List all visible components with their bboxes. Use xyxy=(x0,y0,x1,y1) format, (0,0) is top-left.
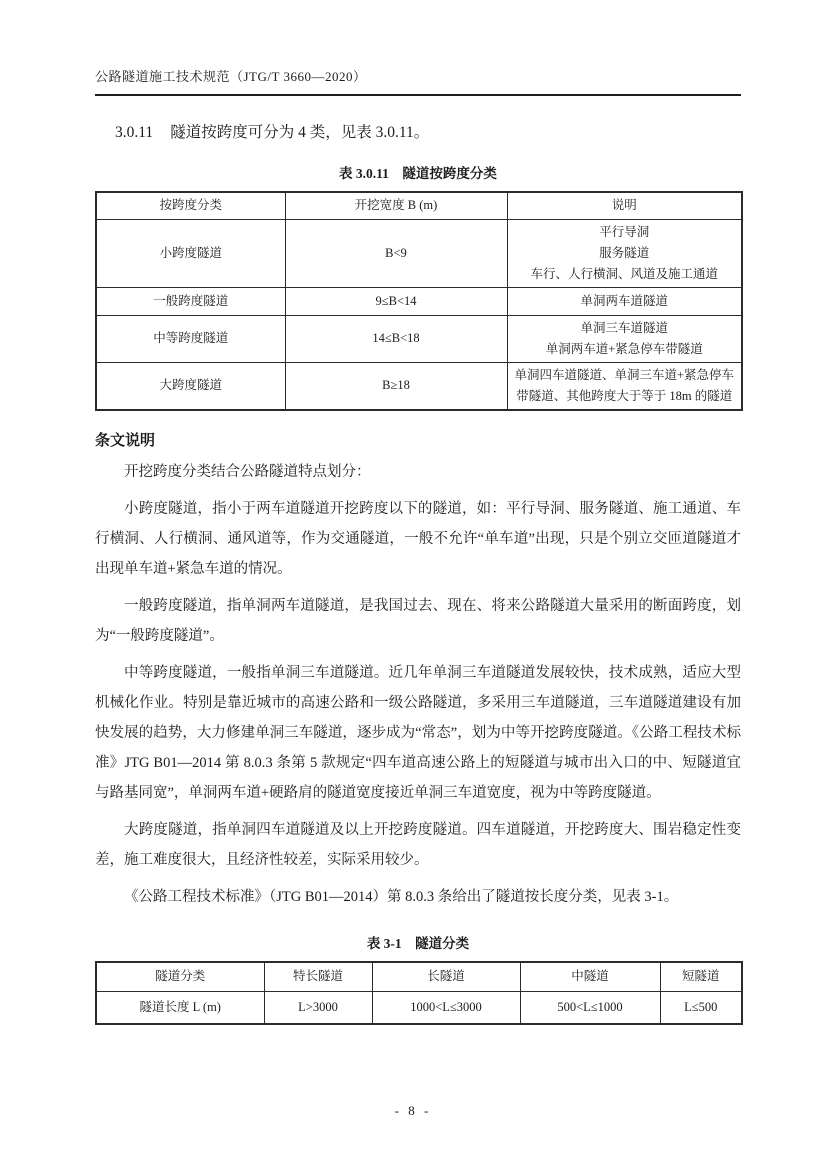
commentary-paragraph: 《公路工程技术标准》（JTG B01—2014）第 8.0.3 条给出了隧道按长… xyxy=(95,882,741,912)
cell-category: 大跨度隧道 xyxy=(96,362,285,410)
cell-length-short: L≤500 xyxy=(660,992,742,1024)
table1-title: 表 3.0.11 隧道按跨度分类 xyxy=(95,162,741,182)
cell-length-long: 1000<L≤3000 xyxy=(372,992,520,1024)
document-page: 公路隧道施工技术规范（JTG/T 3660—2020） 3.0.11隧道按跨度可… xyxy=(0,0,826,1169)
commentary-paragraph: 开挖跨度分类结合公路隧道特点划分： xyxy=(95,457,741,487)
table-row: 大跨度隧道 B≥18 单洞四车道隧道、单洞三车道+紧急停车带隧道、其他跨度大于等… xyxy=(96,362,742,410)
cell-length-medium: 500<L≤1000 xyxy=(520,992,660,1024)
note-line: 单洞三车道隧道 xyxy=(512,318,738,339)
cell-width: B<9 xyxy=(285,219,507,287)
table2-title: 表 3-1 隧道分类 xyxy=(95,932,741,952)
commentary-paragraph: 中等跨度隧道，一般指单洞三车道隧道。近几年单洞三车道隧道发展较快，技术成熟，适应… xyxy=(95,658,741,808)
commentary-paragraph: 一般跨度隧道，指单洞两车道隧道，是我国过去、现在、将来公路隧道大量采用的断面跨度… xyxy=(95,591,741,651)
cell-category: 一般跨度隧道 xyxy=(96,287,285,315)
table2-header-extralong: 特长隧道 xyxy=(264,962,372,992)
commentary-paragraph: 小跨度隧道，指小于两车道隧道开挖跨度以下的隧道，如：平行导洞、服务隧道、施工通道… xyxy=(95,494,741,584)
table1-header-category: 按跨度分类 xyxy=(96,192,285,219)
table-span-classification: 按跨度分类 开挖宽度 B (m) 说明 小跨度隧道 B<9 平行导洞 服务隧道 … xyxy=(95,191,743,411)
cell-length-label: 隧道长度 L (m) xyxy=(96,992,264,1024)
cell-width: 9≤B<14 xyxy=(285,287,507,315)
table2-header-class: 隧道分类 xyxy=(96,962,264,992)
commentary-paragraph: 大跨度隧道，指单洞四车道隧道及以上开挖跨度隧道。四车道隧道，开挖跨度大、围岩稳定… xyxy=(95,815,741,875)
cell-notes: 单洞三车道隧道 单洞两车道+紧急停车带隧道 xyxy=(507,315,742,362)
page-content: 公路隧道施工技术规范（JTG/T 3660—2020） 3.0.11隧道按跨度可… xyxy=(95,66,741,1025)
table2-header-medium: 中隧道 xyxy=(520,962,660,992)
cell-width: B≥18 xyxy=(285,362,507,410)
running-header: 公路隧道施工技术规范（JTG/T 3660—2020） xyxy=(95,66,741,96)
section-heading: 3.0.11隧道按跨度可分为 4 类，见表 3.0.11。 xyxy=(95,120,741,142)
note-line: 平行导洞 xyxy=(512,222,738,243)
cell-notes: 单洞两车道隧道 xyxy=(507,287,742,315)
note-line: 车行、人行横洞、风道及施工通道 xyxy=(512,264,738,285)
table1-header-width: 开挖宽度 B (m) xyxy=(285,192,507,219)
page-number: - 8 - xyxy=(0,1103,826,1119)
commentary-heading: 条文说明 xyxy=(95,429,741,450)
table1-header-row: 按跨度分类 开挖宽度 B (m) 说明 xyxy=(96,192,742,219)
section-number: 3.0.11 xyxy=(115,124,153,141)
note-line: 服务隧道 xyxy=(512,243,738,264)
table-row: 一般跨度隧道 9≤B<14 单洞两车道隧道 xyxy=(96,287,742,315)
table-row: 小跨度隧道 B<9 平行导洞 服务隧道 车行、人行横洞、风道及施工通道 xyxy=(96,219,742,287)
table-row: 隧道长度 L (m) L>3000 1000<L≤3000 500<L≤1000… xyxy=(96,992,742,1024)
cell-length-extralong: L>3000 xyxy=(264,992,372,1024)
cell-notes: 单洞四车道隧道、单洞三车道+紧急停车带隧道、其他跨度大于等于 18m 的隧道 xyxy=(507,362,742,410)
table-row: 中等跨度隧道 14≤B<18 单洞三车道隧道 单洞两车道+紧急停车带隧道 xyxy=(96,315,742,362)
cell-category: 中等跨度隧道 xyxy=(96,315,285,362)
table2-header-short: 短隧道 xyxy=(660,962,742,992)
table2-header-row: 隧道分类 特长隧道 长隧道 中隧道 短隧道 xyxy=(96,962,742,992)
section-text: 隧道按跨度可分为 4 类，见表 3.0.11。 xyxy=(170,124,429,141)
cell-category: 小跨度隧道 xyxy=(96,219,285,287)
note-line: 单洞两车道+紧急停车带隧道 xyxy=(512,339,738,360)
cell-notes: 平行导洞 服务隧道 车行、人行横洞、风道及施工通道 xyxy=(507,219,742,287)
cell-width: 14≤B<18 xyxy=(285,315,507,362)
table-length-classification: 隧道分类 特长隧道 长隧道 中隧道 短隧道 隧道长度 L (m) L>3000 … xyxy=(95,961,743,1025)
table1-header-notes: 说明 xyxy=(507,192,742,219)
table2-header-long: 长隧道 xyxy=(372,962,520,992)
